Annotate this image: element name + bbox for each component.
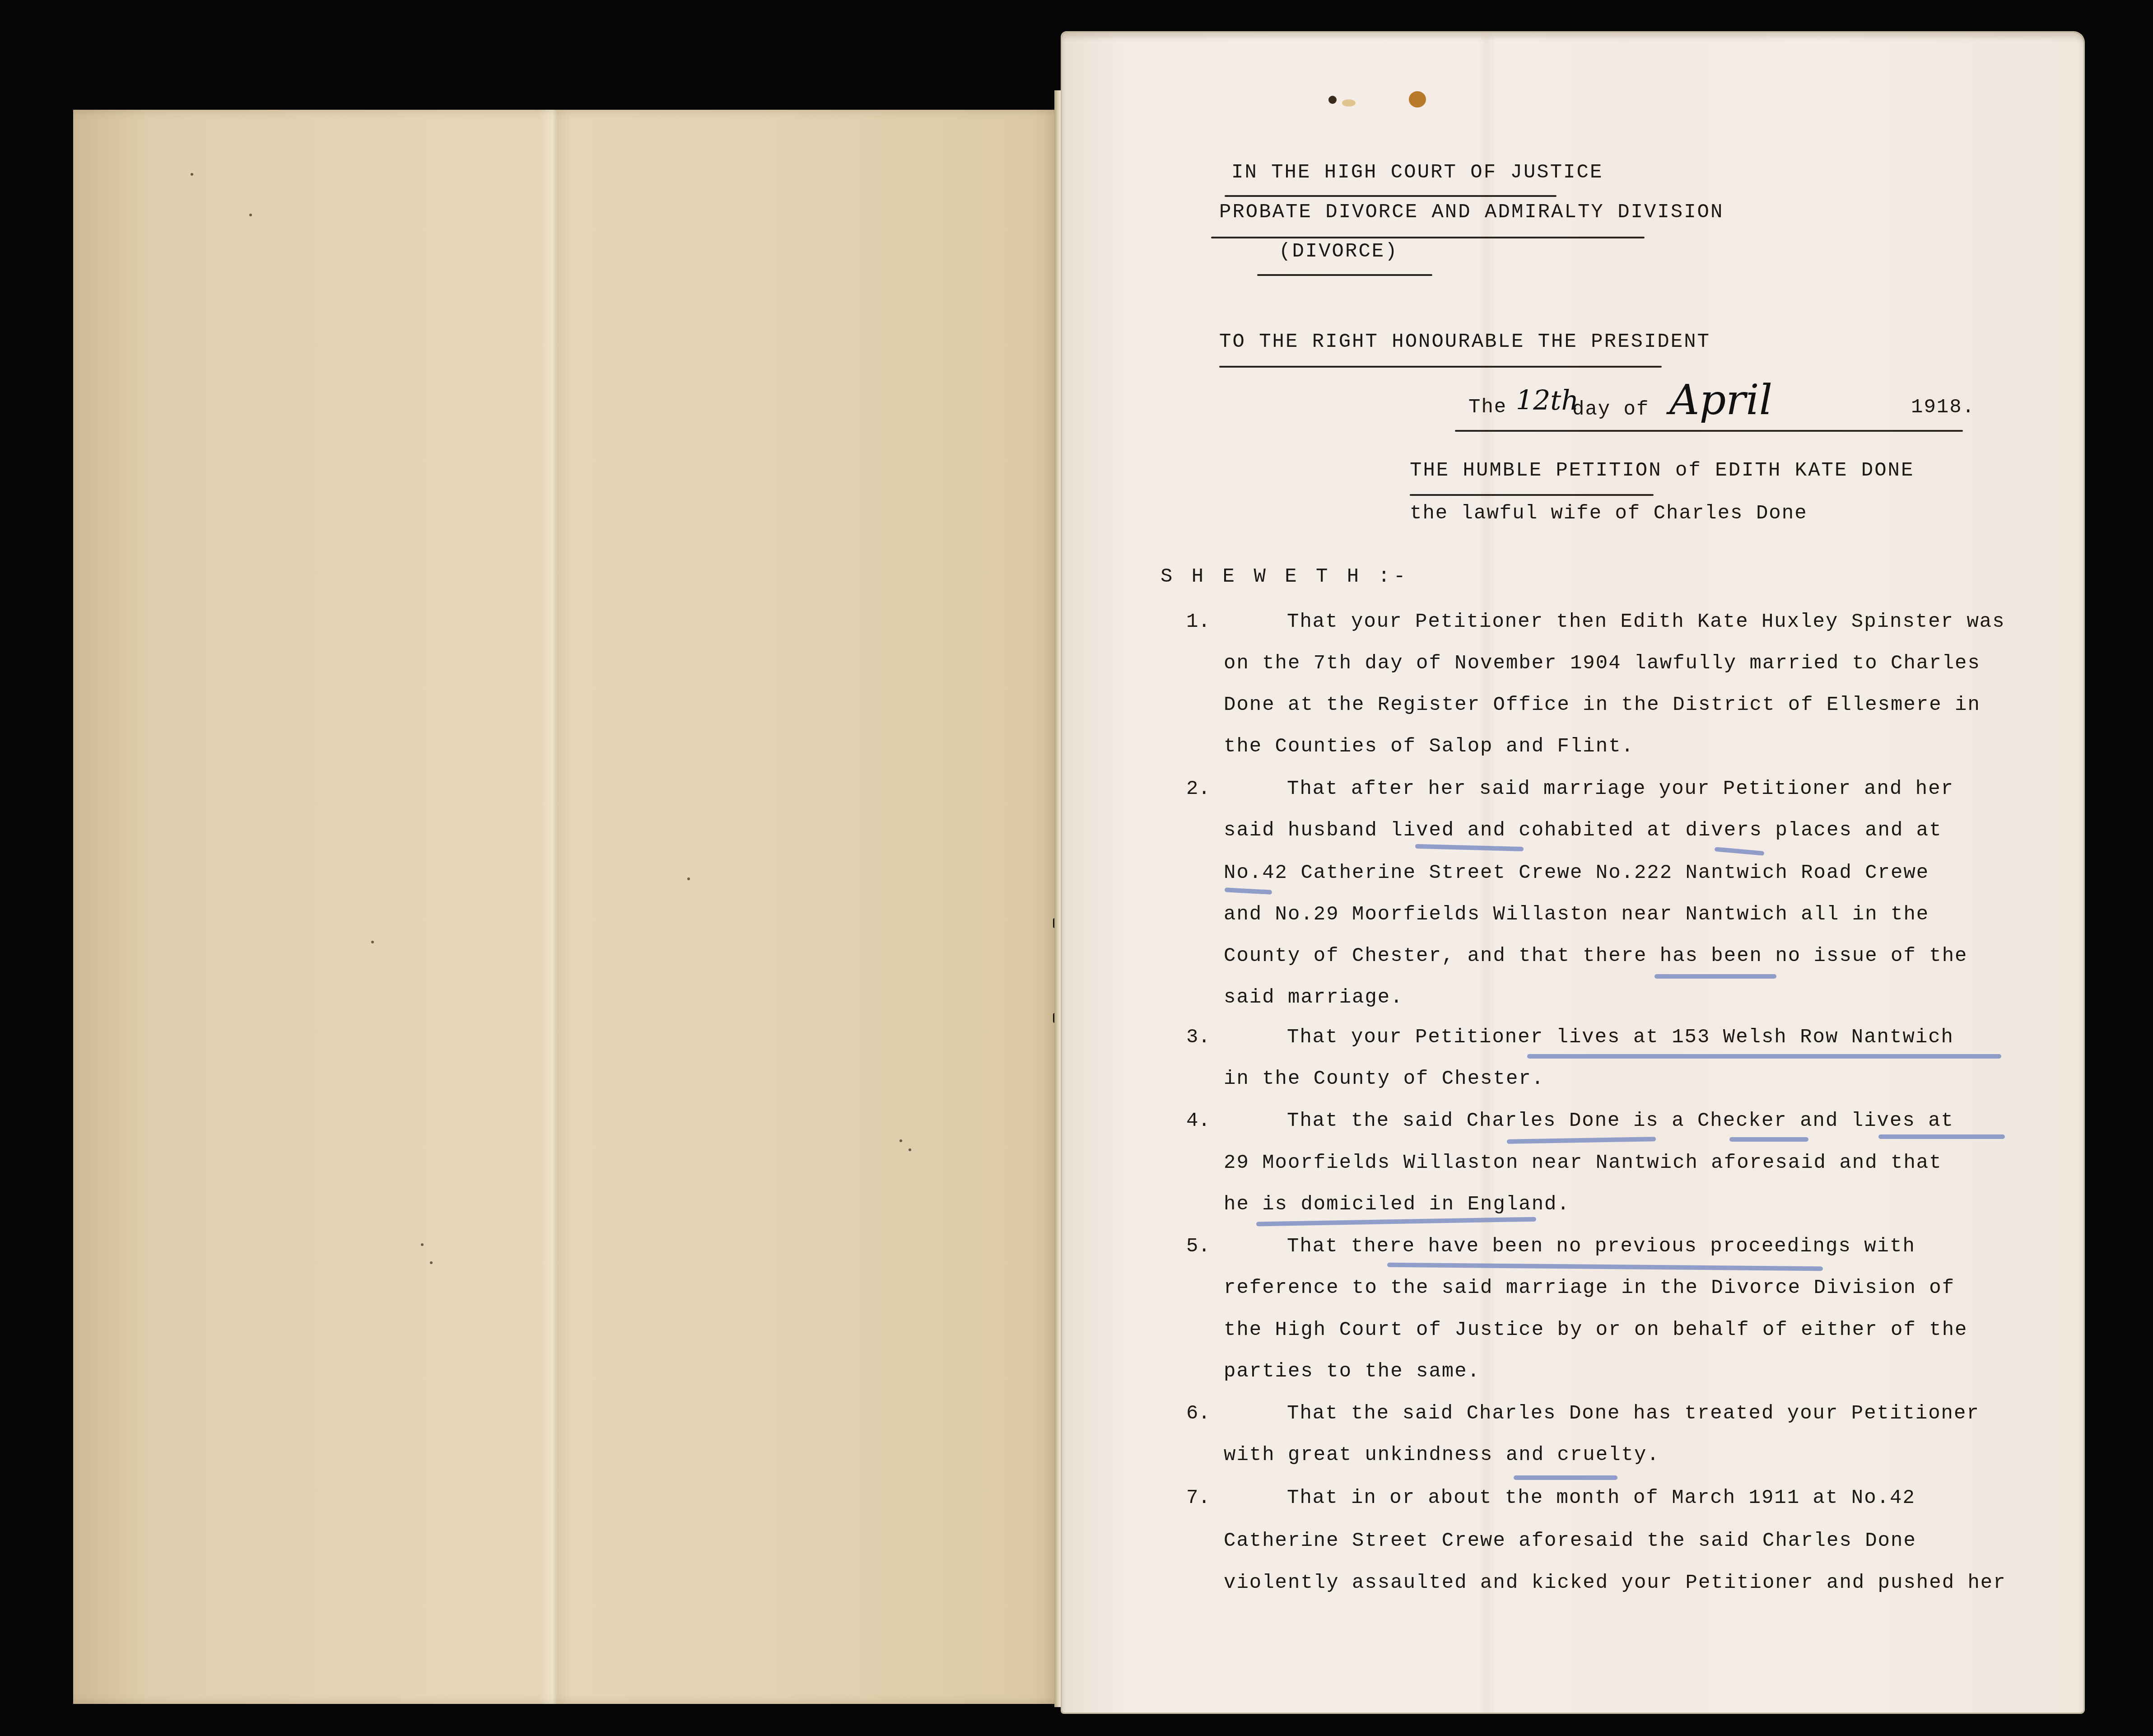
paragraph-number: 6.	[1186, 1402, 1210, 1425]
paragraph-line: he is domiciled in England.	[1224, 1193, 1570, 1216]
paragraph-line: parties to the same.	[1224, 1360, 1480, 1383]
date-middle: day of	[1572, 398, 1649, 421]
rust-stain	[1342, 99, 1356, 107]
paragraph-line: That in or about the month of March 1911…	[1287, 1487, 1915, 1509]
right-page-petition: IN THE HIGH COURT OF JUSTICE PROBATE DIV…	[1062, 33, 2083, 1713]
underline	[1219, 366, 1662, 368]
paper-speck	[430, 1261, 433, 1264]
handwritten-day: 12th	[1516, 385, 1579, 416]
paragraph-number: 2.	[1186, 778, 1210, 800]
handwritten-month: April	[1669, 376, 1772, 424]
paragraph-line: the High Court of Justice by or on behal…	[1224, 1319, 1967, 1341]
date-prefix: The	[1468, 396, 1507, 419]
date-underline	[1455, 430, 1963, 432]
paragraph-line: on the 7th day of November 1904 lawfully…	[1224, 652, 1981, 675]
paragraph-number: 5.	[1186, 1235, 1210, 1258]
paragraph-line: reference to the said marriage in the Di…	[1224, 1277, 1955, 1299]
blue-pencil-underline	[1225, 887, 1272, 894]
paper-speck	[249, 214, 252, 216]
paper-speck	[909, 1148, 911, 1151]
paragraph-line: County of Chester, and that there has be…	[1224, 945, 1967, 967]
paragraph-line: Catherine Street Crewe aforesaid the sai…	[1224, 1530, 1916, 1552]
paragraph-line: 29 Moorfields Willaston near Nantwich af…	[1224, 1152, 1942, 1174]
petition-subtitle: the lawful wife of Charles Done	[1410, 502, 1808, 525]
paragraph-line: the Counties of Salop and Flint.	[1224, 735, 1634, 758]
pin-hole-mark	[1328, 96, 1337, 104]
underline	[1211, 237, 1645, 238]
paragraph-line: violently assaulted and kicked your Peti…	[1224, 1572, 2006, 1594]
paragraph-number: 7.	[1186, 1487, 1210, 1509]
paragraph-line: That there have been no previous proceed…	[1287, 1235, 1915, 1258]
paragraph-line: Done at the Register Office in the Distr…	[1224, 694, 1981, 716]
paragraph-line: in the County of Chester.	[1224, 1068, 1544, 1090]
paper-speck	[191, 173, 193, 176]
blue-pencil-underline	[1715, 847, 1764, 856]
blue-pencil-underline	[1514, 1475, 1617, 1480]
paragraph-line: with great unkindness and cruelty.	[1224, 1444, 1660, 1466]
paragraph-number: 3.	[1186, 1026, 1210, 1049]
paper-speck	[421, 1243, 424, 1246]
paragraph-line: That after her said marriage your Petiti…	[1287, 778, 1954, 800]
court-line-3: (DIVORCE)	[1279, 240, 1398, 263]
paper-speck	[687, 877, 690, 880]
court-line-1: IN THE HIGH COURT OF JUSTICE	[1231, 161, 1603, 184]
blue-pencil-underline	[1729, 1137, 1808, 1142]
fold-crease	[538, 110, 570, 1704]
underline	[1257, 274, 1432, 276]
blue-pencil-underline	[1654, 974, 1776, 979]
sheweth-heading: S H E W E T H :-	[1160, 565, 1409, 588]
underline	[1410, 494, 1654, 496]
paragraph-line: said husband lived and cohabited at dive…	[1224, 819, 1942, 842]
underline	[1225, 195, 1556, 197]
paper-speck	[899, 1139, 902, 1142]
blue-pencil-underline	[1415, 844, 1524, 851]
petition-title: THE HUMBLE PETITION of EDITH KATE DONE	[1410, 459, 1914, 482]
paragraph-line: No.42 Catherine Street Crewe No.222 Nant…	[1224, 862, 1929, 884]
blue-pencil-underline	[1387, 1263, 1823, 1271]
paragraph-line: That your Petitioner lives at 153 Welsh …	[1287, 1026, 1954, 1049]
left-page-blank	[73, 110, 1062, 1704]
paragraph-line: said marriage.	[1224, 986, 1403, 1009]
court-line-2: PROBATE DIVORCE AND ADMIRALTY DIVISION	[1219, 201, 1724, 224]
addressee-line: TO THE RIGHT HONOURABLE THE PRESIDENT	[1219, 331, 1710, 353]
date-year: 1918.	[1911, 396, 1975, 419]
paragraph-line: and No.29 Moorfields Willaston near Nant…	[1224, 903, 1929, 926]
paragraph-number: 4.	[1186, 1110, 1210, 1132]
paragraph-line: That the said Charles Done has treated y…	[1287, 1402, 1980, 1425]
rust-stain	[1409, 91, 1426, 107]
paragraph-line: That the said Charles Done is a Checker …	[1287, 1110, 1954, 1132]
paper-speck	[371, 941, 374, 943]
blue-pencil-underline	[1878, 1134, 2005, 1139]
blue-pencil-underline	[1527, 1054, 2001, 1059]
paragraph-number: 1.	[1186, 611, 1210, 633]
paragraph-line: That your Petitioner then Edith Kate Hux…	[1287, 611, 2005, 633]
blue-pencil-underline	[1507, 1137, 1656, 1144]
